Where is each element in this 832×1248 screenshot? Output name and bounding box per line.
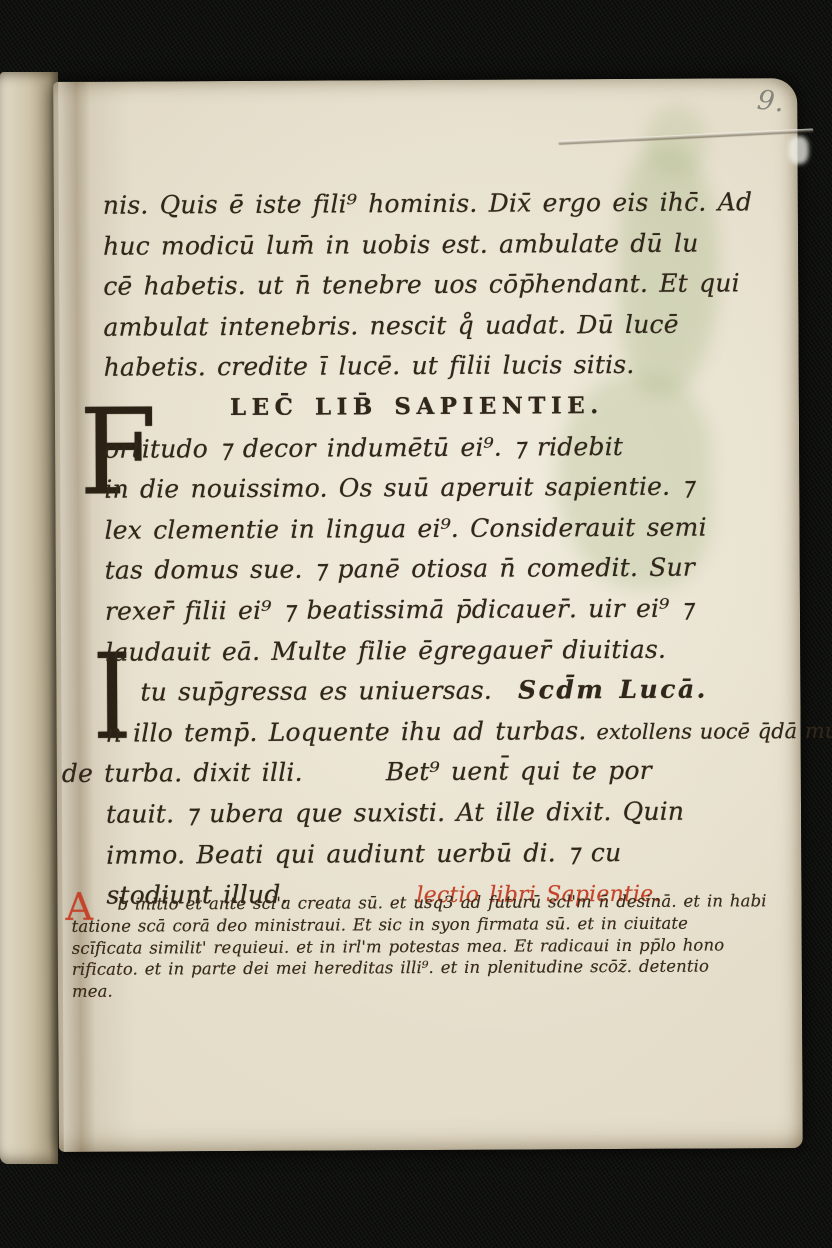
manuscript-line: rexer̄ filii ei⁹ ⁊ beatissimā p̄dicauer̄… (105, 588, 757, 632)
manuscript-line: de turba. dixit illi.Bet⁹ uent̄ qui te p… (106, 751, 758, 795)
manuscript-line: huc modicū lum̄ in uobis est. ambulate d… (103, 223, 755, 267)
manuscript-line: immo. Beati qui audiunt uerbū di. ⁊ cu (106, 832, 758, 876)
addendum-line: mea. (72, 977, 788, 1003)
main-text-block: nis. Quis ē iste fili⁹ hominis. Dix̄ erg… (103, 182, 759, 916)
manuscript-line: tas domus sue. ⁊ panē otiosa n̄ comedit.… (105, 548, 757, 592)
flyleaf-edge (0, 72, 58, 1164)
manuscript-line: ambulat intenebris. nescit q̊ uadat. Dū … (103, 304, 755, 348)
section-heading-luke: Scd̄m Lucā. (518, 675, 708, 705)
manuscript-line: habetis. credite ī lucē. ut filii lucis … (104, 345, 756, 389)
manuscript-line: nis. Quis ē iste fili⁹ hominis. Dix̄ erg… (103, 182, 755, 226)
folio-number: 9. (756, 85, 787, 119)
manuscript-line: n illo temp̄. Loquente ihu ad turbas.ext… (106, 710, 758, 754)
manuscript-line: tu sup̄gressa es uniuersas.Scd̄m Lucā. (105, 669, 757, 713)
line-body: Bet⁹ uent̄ qui te por (386, 751, 652, 793)
line-body: n illo temp̄. Loquente ihu ad turbas. (106, 716, 587, 748)
manuscript-line: tauit. ⁊ ubera que suxisti. At ille dixi… (106, 791, 758, 835)
manuscript-line: lex clementie in lingua ei⁹. Consideraui… (104, 507, 756, 551)
addendum-line: rificato. et in parte dei mei hereditas … (72, 956, 788, 982)
manuscript-line: cē habetis. ut n̄ tenebre uos cōp̄hendan… (103, 263, 755, 307)
edge-fray (788, 136, 808, 164)
manuscript-photo-background: 9. F I A nis. Quis ē iste fili⁹ hominis.… (0, 0, 832, 1248)
line-tail-compressed: extollens uocē q̄dā mulier (596, 718, 832, 743)
manuscript-line: in die nouissimo. Os suū aperuit sapient… (104, 466, 756, 510)
hanging-catchword: de turba. dixit illi. (62, 753, 303, 795)
manuscript-line: ortitudo ⁊ decor indumētū ei⁹. ⁊ ridebit (104, 426, 756, 470)
line-body: tu sup̄gressa es uniuersas. (140, 676, 492, 707)
addendum-block: b initio et ante scl'a creata sū. et usq… (71, 890, 788, 1003)
parchment-page: 9. F I A nis. Quis ē iste fili⁹ hominis.… (53, 78, 803, 1152)
section-heading-wisdom: LEC̄ LIB̄ SAPIENTIE. (104, 385, 756, 429)
green-stain (645, 105, 707, 177)
manuscript-line: laudauit eā. Multe filie ēgregauer̄ diui… (105, 629, 757, 673)
addendum-line: tatione scā corā deo ministraui. Et sic … (72, 912, 788, 938)
